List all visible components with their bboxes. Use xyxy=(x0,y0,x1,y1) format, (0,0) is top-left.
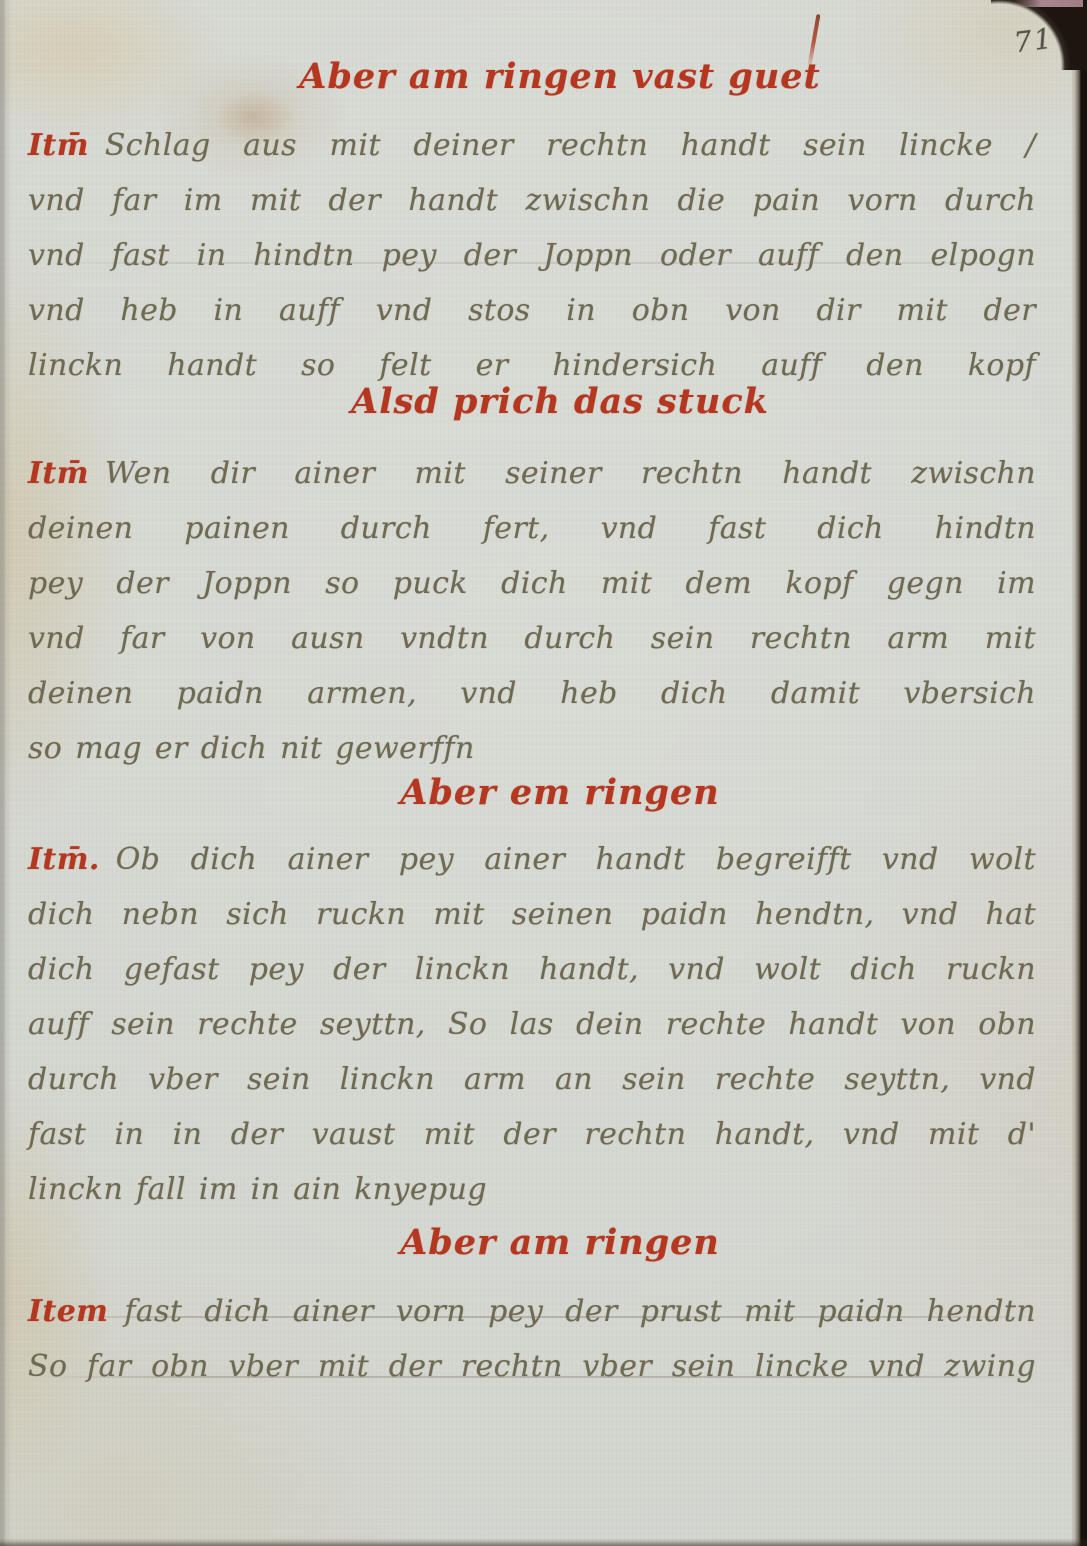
line-text: vnd far im mit der handt zwischn die pai… xyxy=(28,183,1036,218)
manuscript-line: So far obn vber mit der rechtn vber sein… xyxy=(28,1339,1036,1394)
manuscript-line: vnd heb in auff vnd stos in obn von dir … xyxy=(28,283,1036,338)
line-text: linckn fall im in ain knyepug xyxy=(28,1172,487,1207)
manuscript-line: vnd fast in hindtn pey der Joppn oder au… xyxy=(28,228,1036,283)
line-text: dich nebn sich ruckn mit seinen paidn he… xyxy=(28,897,1036,932)
page-edge-right xyxy=(1071,0,1087,1546)
background-sliver-top-right xyxy=(1013,0,1083,7)
line-text: deinen painen durch fert, vnd fast dich … xyxy=(28,511,1036,546)
manuscript-line: vnd far im mit der handt zwischn die pai… xyxy=(28,173,1036,228)
rubric-initial: Itm̄ xyxy=(28,128,89,163)
manuscript-line: dich gefast pey der linckn handt, vnd wo… xyxy=(28,942,1036,997)
manuscript-line: linckn fall im in ain knyepug xyxy=(28,1162,1036,1217)
line-text: vnd heb in auff vnd stos in obn von dir … xyxy=(28,293,1036,328)
line-text: durch vber sein linckn arm an sein recht… xyxy=(28,1062,1036,1097)
paragraph-4: Itemfast dich ainer vorn pey der prust m… xyxy=(28,1284,1036,1394)
manuscript-line: dich nebn sich ruckn mit seinen paidn he… xyxy=(28,887,1036,942)
rubric-heading-1: Aber am ringen vast guet xyxy=(60,56,1060,97)
manuscript-line: fast in in der vaust mit der rechtn hand… xyxy=(28,1107,1036,1162)
line-text: vnd fast in hindtn pey der Joppn oder au… xyxy=(28,238,1036,273)
paragraph-1: Itm̄Schlag aus mit deiner rechtn handt s… xyxy=(28,118,1036,393)
manuscript-line: deinen painen durch fert, vnd fast dich … xyxy=(28,501,1036,556)
line-text: dich gefast pey der linckn handt, vnd wo… xyxy=(28,952,1036,987)
page-edge-bottom xyxy=(0,1538,1087,1546)
rubric-heading-2: Alsd prich das stuck xyxy=(60,381,1060,422)
rubric-initial: Itm̄. xyxy=(28,842,100,877)
page-edge-left xyxy=(0,0,12,1546)
rubric-initial: Item xyxy=(28,1294,108,1329)
line-text: So far obn vber mit der rechtn vber sein… xyxy=(28,1349,1036,1384)
line-text: vnd far von ausn vndtn durch sein rechtn… xyxy=(28,621,1036,656)
line-text: fast dich ainer vorn pey der prust mit p… xyxy=(124,1294,1036,1329)
line-text: Ob dich ainer pey ainer handt begreifft … xyxy=(116,842,1036,877)
manuscript-line: auff sein rechte seyttn, So las dein rec… xyxy=(28,997,1036,1052)
manuscript-line: vnd far von ausn vndtn durch sein rechtn… xyxy=(28,611,1036,666)
manuscript-line: deinen paidn armen, vnd heb dich damit v… xyxy=(28,666,1036,721)
manuscript-line: so mag er dich nit gewerffn xyxy=(28,721,1036,776)
rubric-initial: Itm̄ xyxy=(28,456,89,491)
line-text: so mag er dich nit gewerffn xyxy=(28,731,475,766)
line-text: Schlag aus mit deiner rechtn handt sein … xyxy=(105,128,1036,163)
manuscript-line: durch vber sein linckn arm an sein recht… xyxy=(28,1052,1036,1107)
line-text: linckn handt so felt er hindersich auff … xyxy=(28,348,1036,383)
line-text: Wen dir ainer mit seiner rechtn handt zw… xyxy=(105,456,1036,491)
paragraph-3: Itm̄.Ob dich ainer pey ainer handt begre… xyxy=(28,832,1036,1217)
paragraph-2: Itm̄Wen dir ainer mit seiner rechtn hand… xyxy=(28,446,1036,776)
folio-number: 71 xyxy=(1012,22,1055,60)
line-text: pey der Joppn so puck dich mit dem kopf … xyxy=(28,566,1036,601)
rubric-heading-3: Aber em ringen xyxy=(60,772,1060,813)
manuscript-line: Itm̄.Ob dich ainer pey ainer handt begre… xyxy=(28,832,1036,887)
manuscript-line: Itemfast dich ainer vorn pey der prust m… xyxy=(28,1284,1036,1339)
manuscript-line: Itm̄Schlag aus mit deiner rechtn handt s… xyxy=(28,118,1036,173)
manuscript-line: pey der Joppn so puck dich mit dem kopf … xyxy=(28,556,1036,611)
manuscript-page-photo: { "folio_number": "71", "colors": { "pap… xyxy=(0,0,1087,1546)
manuscript-line: Itm̄Wen dir ainer mit seiner rechtn hand… xyxy=(28,446,1036,501)
line-text: deinen paidn armen, vnd heb dich damit v… xyxy=(28,676,1036,711)
line-text: fast in in der vaust mit der rechtn hand… xyxy=(28,1117,1036,1152)
rubric-heading-4: Aber am ringen xyxy=(60,1222,1060,1263)
line-text: auff sein rechte seyttn, So las dein rec… xyxy=(28,1007,1036,1042)
